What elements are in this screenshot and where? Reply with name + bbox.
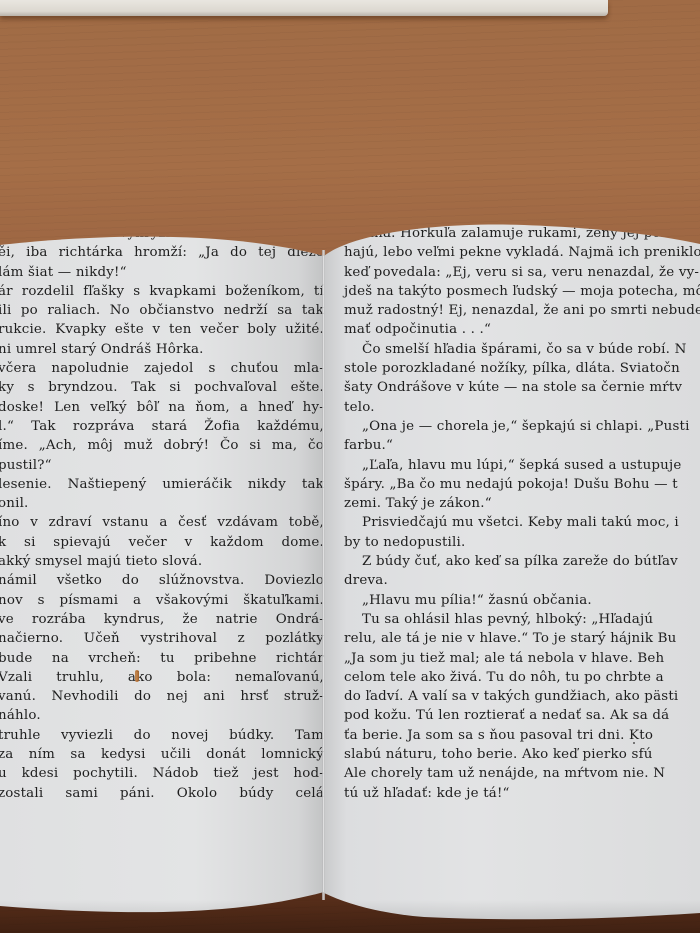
text-line: námil všetko do slúžnovstva. Doviezlo bbox=[0, 571, 324, 590]
text-line: Tu sa ohlásil hlas pevný, hlboký: „Hľada… bbox=[344, 610, 700, 629]
text-line: slabú náturu, toho berie. Ako keď pierko… bbox=[344, 745, 700, 764]
right-page: dedina. Hôrkuľa zalamuje rukami, ženy je… bbox=[324, 0, 700, 933]
text-line: farbu.“ bbox=[344, 436, 700, 455]
text-line: rukcie. Kvapky ešte v ten večer boly uži… bbox=[0, 320, 324, 339]
text-line: l.“ Tak rozpráva stará Žofia každému, bbox=[0, 417, 324, 436]
text-line: relu, ale tá je nie v hlave.“ To je star… bbox=[344, 629, 700, 648]
text-line: dedina. Hôrkuľa zalamuje rukami, ženy je… bbox=[344, 224, 700, 243]
text-line: íno v zdraví vstanu a česť vzdávam tobě, bbox=[0, 513, 324, 532]
text-line: nov s písmami a všakovými škatuľkami. bbox=[0, 591, 324, 610]
text-line: jdeš na takýto posmech ľudský — moja pot… bbox=[344, 282, 700, 301]
left-page-text: ch vonkoncom vyhryzie.“ Občanom sa toěi,… bbox=[0, 224, 324, 803]
text-line: lesenie. Naštiepený umieráčik nikdy tak bbox=[0, 475, 324, 494]
text-line: „Hlavu mu pília!“ žasnú občania. bbox=[344, 591, 700, 610]
text-line: onil. bbox=[0, 494, 324, 513]
book-spine-gutter bbox=[322, 250, 325, 900]
text-line: ťa berie. Ja som sa s ňou pasoval tri dn… bbox=[344, 726, 700, 745]
text-line: stole porozkladané nožíky, pílka, dláta.… bbox=[344, 359, 700, 378]
text-line: ky s bryndzou. Tak si pochvaľoval ešte. bbox=[0, 378, 324, 397]
text-line: tú už hľadať: kde je tá!“ bbox=[344, 784, 700, 803]
text-line: mať odpočinutia . . .“ bbox=[344, 320, 700, 339]
text-line: u kdesi pochytili. Nádob tiež jest hod- bbox=[0, 764, 324, 783]
text-line: „Ja som ju tiež mal; ale tá nebola v hla… bbox=[344, 649, 700, 668]
paper-speck bbox=[633, 742, 635, 744]
text-line: by to nedopustili. bbox=[344, 533, 700, 552]
text-line: zostali sami páni. Okolo búdy celá bbox=[0, 784, 324, 803]
text-line: zemi. Taký je zákon.“ bbox=[344, 494, 700, 513]
open-book: ch vonkoncom vyhryzie.“ Občanom sa toěi,… bbox=[0, 0, 700, 933]
text-line: ch vonkoncom vyhryzie.“ Občanom sa to bbox=[0, 224, 324, 243]
text-line: Z búdy čuť, ako keď sa pílka zareže do b… bbox=[344, 552, 700, 571]
text-line: ve rozrába kyndrus, že natrie Ondrá- bbox=[0, 610, 324, 629]
left-page: ch vonkoncom vyhryzie.“ Občanom sa toěi,… bbox=[0, 0, 324, 933]
text-line: ár rozdelil fľašky s kvapkami boženíkom,… bbox=[0, 282, 324, 301]
text-line: bude na vrcheň: tu pribehne richtár bbox=[0, 649, 324, 668]
text-line: načierno. Učeň vystrihoval z pozlátky bbox=[0, 629, 324, 648]
text-line: k si spievajú večer v každom dome. bbox=[0, 533, 324, 552]
text-line: náhlo. bbox=[0, 706, 324, 725]
text-line: špáry. „Ba čo mu nedajú pokoja! Dušu Boh… bbox=[344, 475, 700, 494]
text-line: vanú. Nevhodili do nej ani hrsť struž- bbox=[0, 687, 324, 706]
text-line: lám šiat — nikdy!“ bbox=[0, 263, 324, 282]
text-line: ěi, iba richtárka hromží: „Ja do tej die… bbox=[0, 243, 324, 262]
text-line: Vzali truhlu, ako bola: nemaľovanú, bbox=[0, 668, 324, 687]
text-line: hajú, lebo veľmi pekne vykladá. Najmä ic… bbox=[344, 243, 700, 262]
text-line: „Ľaľa, hlavu mu lúpi,“ šepká sused a ust… bbox=[344, 456, 700, 475]
text-line: včera napoludnie zajedol s chuťou mla- bbox=[0, 359, 324, 378]
right-page-text: dedina. Hôrkuľa zalamuje rukami, ženy je… bbox=[344, 224, 700, 803]
text-line: ni umrel starý Ondráš Hôrka. bbox=[0, 340, 324, 359]
text-line: dreva. bbox=[344, 571, 700, 590]
text-line: pod kožu. Tú len roztierať a nedať sa. A… bbox=[344, 706, 700, 725]
text-line: pustil?“ bbox=[0, 456, 324, 475]
text-line: Prisviedčajú mu všetci. Keby mali takú m… bbox=[344, 513, 700, 532]
text-line: Čo smelší hľadia špárami, čo sa v búde r… bbox=[344, 340, 700, 359]
text-line: celom tele ako živá. Tu do nôh, tu po ch… bbox=[344, 668, 700, 687]
text-line: akký smysel majú tieto slová. bbox=[0, 552, 324, 571]
text-line: truhle vyviezli do novej búdky. Tam bbox=[0, 726, 324, 745]
text-line: do ľadví. A valí sa v takých gundžiach, … bbox=[344, 687, 700, 706]
text-line: ili po raliach. No občianstvo nedrží sa … bbox=[0, 301, 324, 320]
text-line: Ale chorely tam už nenájde, na mŕtvom ni… bbox=[344, 764, 700, 783]
text-line: za ním sa kedysi učili donát lomnický bbox=[0, 745, 324, 764]
text-line: íme. „Ach, môj muž dobrý! Čo si ma, čo bbox=[0, 436, 324, 455]
text-line: doske! Len veľký bôľ na ňom, a hneď hy- bbox=[0, 398, 324, 417]
text-line: keď povedala: „Ej, veru si sa, veru nena… bbox=[344, 263, 700, 282]
text-line: šaty Ondrášove v kúte — na stole sa čern… bbox=[344, 378, 700, 397]
text-line: „Ona je — chorela je,“ šepkajú si chlapi… bbox=[344, 417, 700, 436]
text-line: telo. bbox=[344, 398, 700, 417]
ink-stain bbox=[135, 670, 139, 682]
text-line: muž radostný! Ej, nenazdal, že ani po sm… bbox=[344, 301, 700, 320]
